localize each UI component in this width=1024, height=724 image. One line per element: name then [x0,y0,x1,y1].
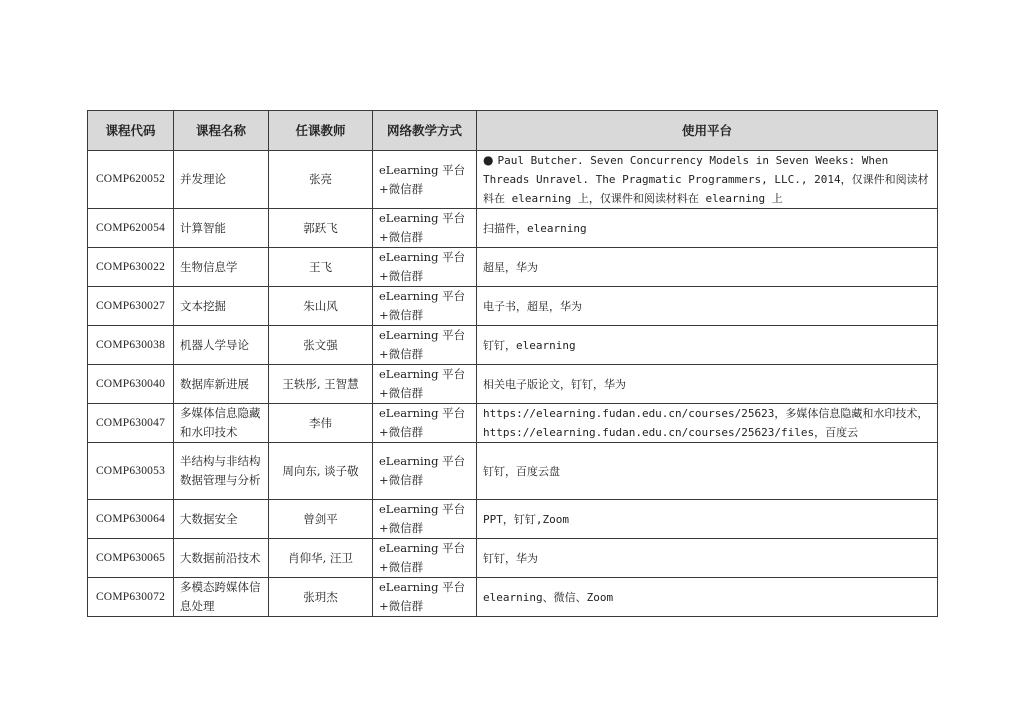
course-name: 生物信息学 [180,260,238,274]
teacher-cell: 张亮 [269,151,373,209]
mode-line-2: +微信群 [379,347,423,361]
platform-text: elearning、微信、Zoom [483,591,613,604]
platform-cell: 相关电子版论文，钉钉，华为 [477,365,938,404]
platform-text: 相关电子版论文，钉钉，华为 [483,378,626,391]
course-code: COMP630053 [96,465,165,477]
mode-line-1: eLearning 平台 [379,211,465,225]
online-mode-cell: eLearning 平台+微信群 [373,404,477,443]
course-code: COMP630072 [96,591,165,603]
course-code-cell: COMP630065 [88,539,174,578]
online-mode-cell: eLearning 平台+微信群 [373,326,477,365]
course-name-cell: 机器人学导论 [174,326,269,365]
course-code: COMP630047 [96,417,165,429]
teacher-name: 周向东, 谈子敬 [282,464,358,478]
course-code-cell: COMP630038 [88,326,174,365]
platform-text: 钉钉，elearning [483,339,576,352]
teacher-cell: 张玥杰 [269,578,373,617]
platform-cell: 电子书，超星，华为 [477,287,938,326]
course-name: 机器人学导论 [180,338,249,352]
course-name-cell: 文本挖掘 [174,287,269,326]
table-row: COMP630047多媒体信息隐藏和水印技术李伟eLearning 平台+微信群… [88,404,938,443]
teacher-cell: 王轶彤, 王智慧 [269,365,373,404]
online-mode-cell: eLearning 平台+微信群 [373,151,477,209]
course-code-cell: COMP630047 [88,404,174,443]
platform-cell: elearning、微信、Zoom [477,578,938,617]
teacher-cell: 朱山风 [269,287,373,326]
mode-line-1: eLearning 平台 [379,502,465,516]
teacher-cell: 王飞 [269,248,373,287]
mode-line-1: eLearning 平台 [379,541,465,555]
bullet-icon: ● [483,153,493,167]
table-row: COMP630027文本挖掘朱山风eLearning 平台+微信群电子书，超星，… [88,287,938,326]
course-code-cell: COMP630072 [88,578,174,617]
course-name-cell: 生物信息学 [174,248,269,287]
header-course-code: 课程代码 [88,111,174,151]
teacher-name: 朱山风 [303,299,338,313]
platform-cell: 扫描件，elearning [477,209,938,248]
header-course-name: 课程名称 [174,111,269,151]
mode-line-2: +微信群 [379,425,423,439]
course-code-cell: COMP630053 [88,443,174,500]
course-name: 文本挖掘 [180,299,226,313]
platform-cell: PPT，钉钉,Zoom [477,500,938,539]
teacher-cell: 张文强 [269,326,373,365]
table-row: COMP620054计算智能郭跃飞eLearning 平台+微信群扫描件，ele… [88,209,938,248]
teacher-name: 曾剑平 [303,512,338,526]
course-code-cell: COMP630022 [88,248,174,287]
table-row: COMP630040数据库新进展王轶彤, 王智慧eLearning 平台+微信群… [88,365,938,404]
mode-line-1: eLearning 平台 [379,163,465,177]
platform-text: 电子书，超星，华为 [483,300,582,313]
teacher-cell: 郭跃飞 [269,209,373,248]
platform-cell: 超星，华为 [477,248,938,287]
header-teacher: 任课教师 [269,111,373,151]
platform-text: Paul Butcher. Seven Concurrency Models i… [483,154,929,205]
teacher-cell: 肖仰华, 汪卫 [269,539,373,578]
course-code: COMP630040 [96,378,165,390]
online-mode-cell: eLearning 平台+微信群 [373,578,477,617]
table-row: COMP620052并发理论张亮eLearning 平台+微信群●Paul Bu… [88,151,938,209]
header-online-mode: 网络教学方式 [373,111,477,151]
mode-line-2: +微信群 [379,182,423,196]
teacher-name: 郭跃飞 [303,221,338,235]
platform-cell: ●Paul Butcher. Seven Concurrency Models … [477,151,938,209]
course-name: 半结构与非结构数据管理与分析 [180,454,261,487]
course-name-cell: 计算智能 [174,209,269,248]
teacher-name: 肖仰华, 汪卫 [288,551,353,565]
mode-line-1: eLearning 平台 [379,367,465,381]
online-mode-cell: eLearning 平台+微信群 [373,539,477,578]
course-name: 计算智能 [180,221,226,235]
mode-line-1: eLearning 平台 [379,328,465,342]
course-code: COMP630022 [96,261,165,273]
table-row: COMP630065大数据前沿技术肖仰华, 汪卫eLearning 平台+微信群… [88,539,938,578]
mode-line-2: +微信群 [379,560,423,574]
course-name-cell: 大数据安全 [174,500,269,539]
course-code-cell: COMP620054 [88,209,174,248]
platform-text: https://elearning.fudan.edu.cn/courses/2… [483,407,928,439]
mode-line-2: +微信群 [379,521,423,535]
online-mode-cell: eLearning 平台+微信群 [373,365,477,404]
course-code-cell: COMP620052 [88,151,174,209]
course-code: COMP620052 [96,173,165,185]
table-row: COMP630064大数据安全曾剑平eLearning 平台+微信群PPT，钉钉… [88,500,938,539]
course-name: 数据库新进展 [180,377,249,391]
platform-text: 超星，华为 [483,261,538,274]
platform-cell: 钉钉，elearning [477,326,938,365]
course-name: 多媒体信息隐藏和水印技术 [180,406,261,439]
mode-line-1: eLearning 平台 [379,250,465,264]
online-mode-cell: eLearning 平台+微信群 [373,248,477,287]
teacher-name: 王飞 [309,260,332,274]
mode-line-2: +微信群 [379,386,423,400]
course-name: 并发理论 [180,172,226,186]
course-name-cell: 数据库新进展 [174,365,269,404]
table-row: COMP630022生物信息学王飞eLearning 平台+微信群超星，华为 [88,248,938,287]
course-code-cell: COMP630040 [88,365,174,404]
table-header-row: 课程代码 课程名称 任课教师 网络教学方式 使用平台 [88,111,938,151]
course-name-cell: 多模态跨媒体信息处理 [174,578,269,617]
course-code: COMP630038 [96,339,165,351]
platform-text: PPT，钉钉,Zoom [483,513,569,526]
course-code: COMP620054 [96,222,165,234]
platform-text: 钉钉，百度云盘 [483,465,560,478]
teacher-name: 王轶彤, 王智慧 [282,377,358,391]
course-code-cell: COMP630064 [88,500,174,539]
teacher-name: 张文强 [303,338,338,352]
teacher-name: 张玥杰 [303,590,338,604]
mode-line-2: +微信群 [379,473,423,487]
course-name: 大数据安全 [180,512,238,526]
mode-line-2: +微信群 [379,308,423,322]
online-mode-cell: eLearning 平台+微信群 [373,500,477,539]
document-page: 课程代码 课程名称 任课教师 网络教学方式 使用平台 COMP620052并发理… [0,0,1024,724]
course-platform-table: 课程代码 课程名称 任课教师 网络教学方式 使用平台 COMP620052并发理… [87,110,938,617]
teacher-name: 张亮 [309,172,332,186]
teacher-cell: 李伟 [269,404,373,443]
mode-line-2: +微信群 [379,269,423,283]
table-row: COMP630053半结构与非结构数据管理与分析周向东, 谈子敬eLearnin… [88,443,938,500]
course-code: COMP630027 [96,300,165,312]
online-mode-cell: eLearning 平台+微信群 [373,443,477,500]
teacher-cell: 周向东, 谈子敬 [269,443,373,500]
course-name: 大数据前沿技术 [180,551,261,565]
course-code-cell: COMP630027 [88,287,174,326]
table-row: COMP630038机器人学导论张文强eLearning 平台+微信群钉钉，el… [88,326,938,365]
course-code: COMP630064 [96,513,165,525]
mode-line-1: eLearning 平台 [379,454,465,468]
platform-text: 钉钉，华为 [483,552,538,565]
course-name-cell: 并发理论 [174,151,269,209]
table-row: COMP630072多模态跨媒体信息处理张玥杰eLearning 平台+微信群e… [88,578,938,617]
course-code: COMP630065 [96,552,165,564]
table-body: COMP620052并发理论张亮eLearning 平台+微信群●Paul Bu… [88,151,938,617]
course-name-cell: 大数据前沿技术 [174,539,269,578]
platform-text: 扫描件，elearning [483,222,587,235]
mode-line-1: eLearning 平台 [379,580,465,594]
online-mode-cell: eLearning 平台+微信群 [373,287,477,326]
platform-cell: 钉钉，百度云盘 [477,443,938,500]
online-mode-cell: eLearning 平台+微信群 [373,209,477,248]
course-name-cell: 半结构与非结构数据管理与分析 [174,443,269,500]
course-name-cell: 多媒体信息隐藏和水印技术 [174,404,269,443]
mode-line-1: eLearning 平台 [379,289,465,303]
header-platform: 使用平台 [477,111,938,151]
platform-cell: https://elearning.fudan.edu.cn/courses/2… [477,404,938,443]
mode-line-1: eLearning 平台 [379,406,465,420]
teacher-cell: 曾剑平 [269,500,373,539]
teacher-name: 李伟 [309,416,332,430]
course-name: 多模态跨媒体信息处理 [180,580,261,613]
platform-cell: 钉钉，华为 [477,539,938,578]
mode-line-2: +微信群 [379,230,423,244]
mode-line-2: +微信群 [379,599,423,613]
